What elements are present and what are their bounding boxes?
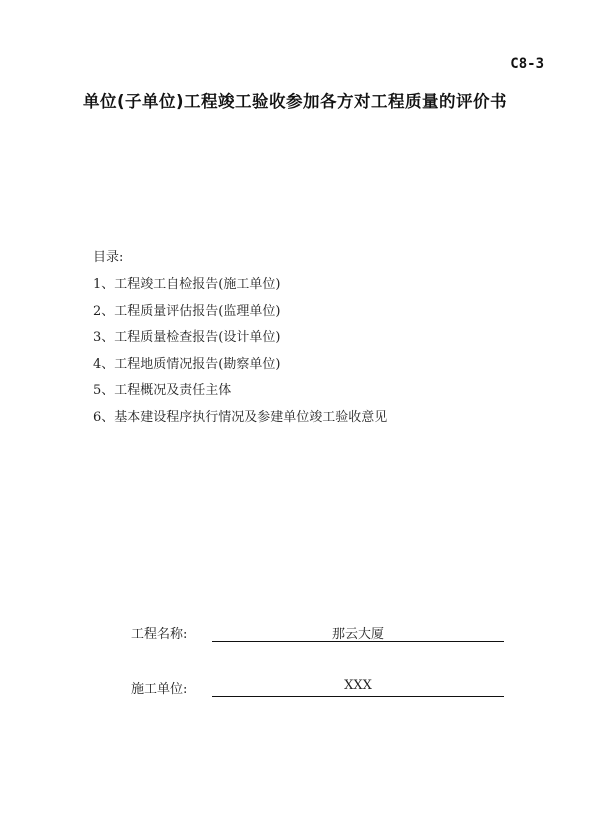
project-name-label: 工程名称:	[131, 623, 187, 642]
table-of-contents: 目录: 1、工程竣工自检报告(施工单位) 2、工程质量评估报告(监理单位) 3、…	[93, 249, 387, 435]
construction-unit-label: 施工单位:	[131, 678, 187, 697]
toc-item: 2、工程质量评估报告(监理单位)	[93, 303, 387, 330]
construction-unit-underline: XXX	[212, 678, 504, 697]
toc-item: 4、工程地质情况报告(勘察单位)	[93, 356, 387, 383]
toc-item: 6、基本建设程序执行情况及参建单位竣工验收意见	[93, 409, 387, 436]
form-code: C8-3	[510, 56, 544, 72]
construction-unit-value: XXX	[344, 678, 372, 693]
toc-item: 5、工程概况及责任主体	[93, 382, 387, 409]
document-page: C8-3 单位(子单位)工程竣工验收参加各方对工程质量的评价书 目录: 1、工程…	[0, 0, 590, 835]
project-name-field: 工程名称: 那云大厦	[131, 623, 511, 647]
project-name-value: 那云大厦	[332, 623, 384, 642]
toc-item: 1、工程竣工自检报告(施工单位)	[93, 276, 387, 303]
toc-heading: 目录:	[93, 249, 387, 276]
toc-item: 3、工程质量检查报告(设计单位)	[93, 329, 387, 356]
document-title: 单位(子单位)工程竣工验收参加各方对工程质量的评价书	[0, 88, 590, 112]
project-name-underline: 那云大厦	[212, 623, 504, 642]
construction-unit-field: 施工单位: XXX	[131, 678, 511, 702]
